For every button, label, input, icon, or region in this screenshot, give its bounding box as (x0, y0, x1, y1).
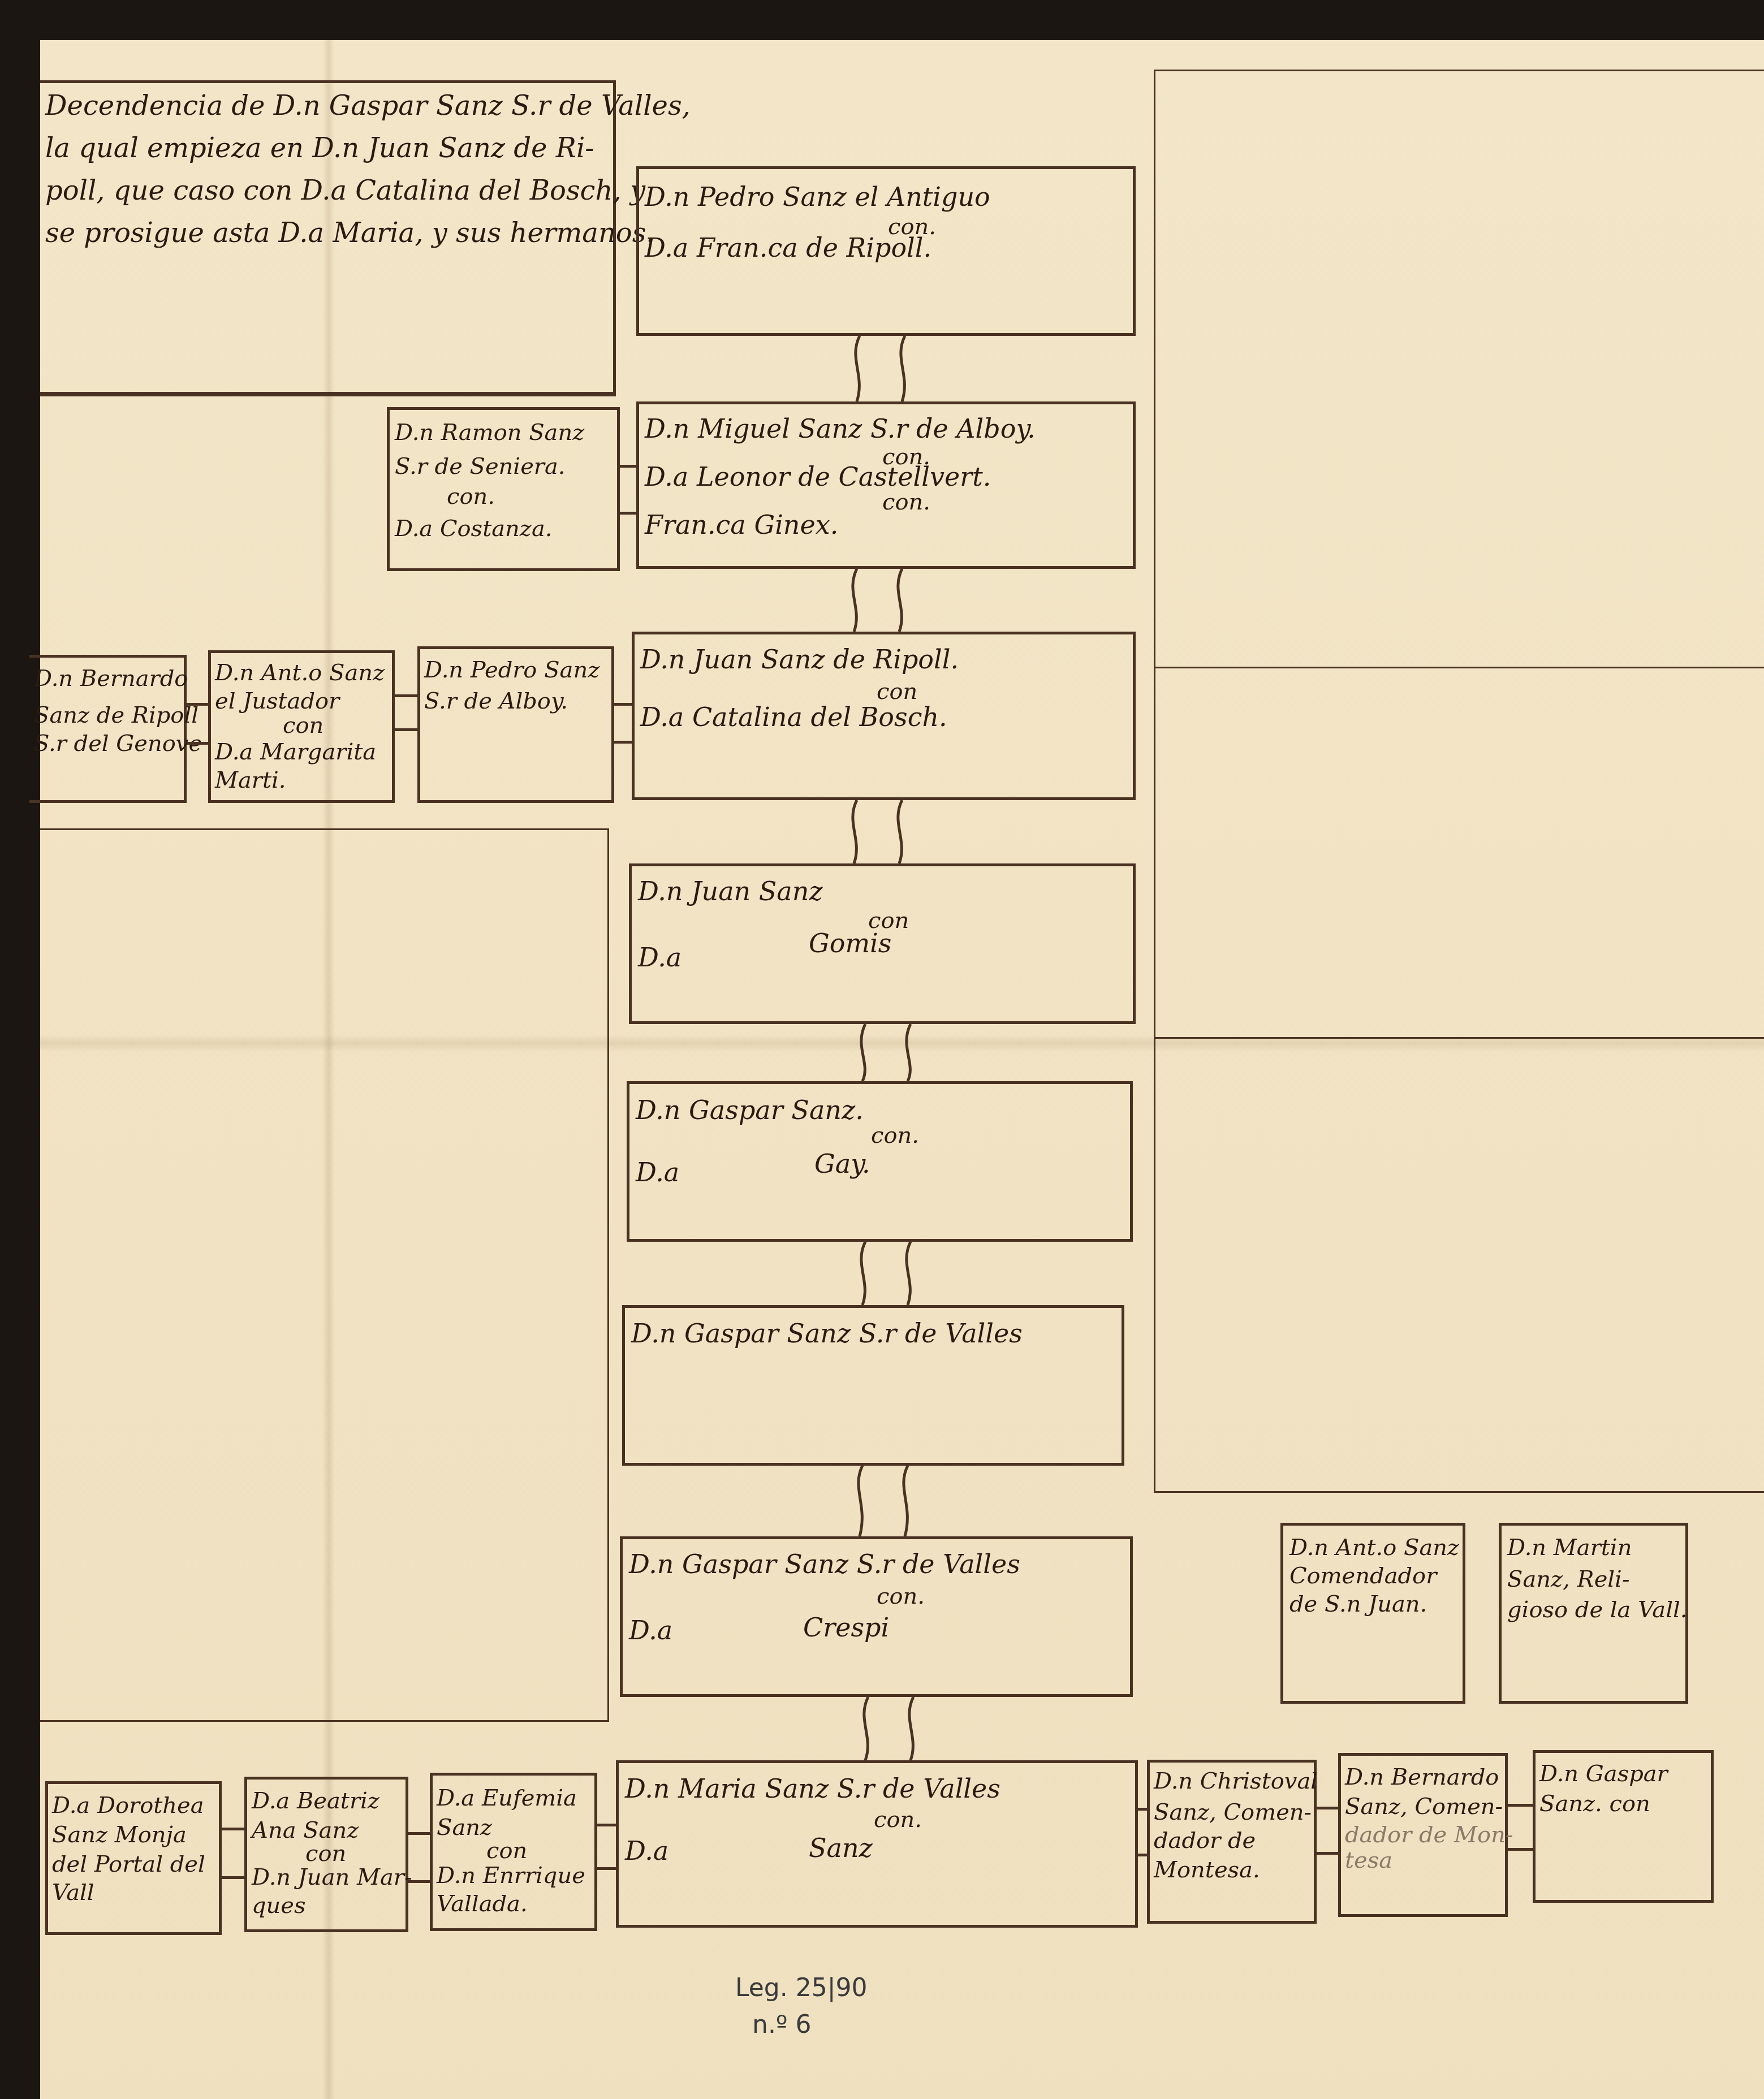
eufemia-line-4: D.n Enrrique (437, 1862, 585, 1890)
spouse-prefix: D.a (625, 1835, 668, 1868)
person-name: D.n Gaspar Sanz. (636, 1094, 864, 1127)
antonio-com-line-3: de S.n Juan. (1289, 1590, 1427, 1618)
bernardo2-line-3: dador de Mon- (1345, 1821, 1513, 1849)
beatriz-line-1: D.a Beatriz (252, 1787, 379, 1815)
person-name: D.n Juan Sanz de Ripoll. (640, 643, 959, 676)
bernardo-line-1: D.n Bernardo (34, 664, 188, 693)
bernardo2-link-2 (1508, 1848, 1533, 1851)
beatriz-line-4: D.n Juan Mar- (252, 1863, 412, 1891)
spouse-name: Gomis (809, 927, 891, 960)
title-line-1: Decendencia de D.n Gaspar Sanz S.r de Va… (45, 85, 691, 127)
person-name: D.n Pedro Sanz el Antiguo (645, 181, 990, 214)
link-connector-icon (854, 1242, 928, 1305)
person-name: D.n Maria Sanz S.r de Valles (625, 1773, 1000, 1806)
maria-link-2 (1138, 1854, 1147, 1856)
ramon-link-2 (620, 512, 636, 515)
person-name: D.n Gaspar Sanz S.r de Valles (631, 1318, 1023, 1350)
bernardo2-line-2: Sanz, Comen- (1345, 1793, 1503, 1821)
martin-line-2: Sanz, Reli- (1507, 1565, 1629, 1593)
right-panel-divider-2 (1154, 1037, 1764, 1039)
eufemia-con: con (486, 1838, 527, 1864)
spouse-prefix: D.a (636, 1156, 679, 1189)
archive-reference: Leg. 25|90 (735, 1973, 868, 2002)
dorothea-line-1: D.a Dorothea (52, 1791, 204, 1820)
antonio-line-2: el Justador (215, 687, 339, 715)
bernardo2-link-1 (1508, 1804, 1533, 1807)
link-connector-icon (846, 800, 919, 863)
pedro-alboy-link-1 (614, 703, 632, 706)
link-connector-icon (846, 569, 919, 632)
bernardo-link-2 (187, 742, 208, 745)
eufemia-link-2 (597, 1867, 616, 1870)
title-line-4: se prosigue asta D.a Maria, y sus herman… (45, 212, 655, 254)
christoval-line-2: Sanz, Comen- (1154, 1798, 1312, 1826)
left-divider-row2 (40, 395, 616, 396)
right-panel-divider-1 (1154, 667, 1764, 668)
spouse-prefix: D.a (629, 1614, 672, 1647)
title-line-3: poll, que caso con D.a Catalina del Bosc… (45, 170, 645, 211)
antonio-com-line-2: Comendador (1289, 1562, 1437, 1590)
eufemia-line-5: Vallada. (437, 1890, 528, 1918)
archive-number: n.º 6 (752, 2010, 812, 2039)
con-label-2: con. (882, 489, 930, 515)
antonio-link-2 (395, 728, 417, 731)
antonio-line-5: Marti. (215, 766, 286, 794)
bernardo2-line-4: tesa (1345, 1846, 1392, 1875)
bernardo2-line-1: D.n Bernardo (1345, 1763, 1499, 1791)
ramon-con: con. (447, 483, 495, 509)
spouse-name: D.a Leonor de Castellvert. (645, 461, 991, 494)
eufemia-line-1: D.a Eufemia (437, 1784, 577, 1812)
spouse-name: Sanz (809, 1832, 873, 1865)
spouse-name-2: Fran.ca Ginex. (645, 509, 838, 542)
dorothea-line-4: Vall (52, 1878, 94, 1907)
antonio-line-1: D.n Ant.o Sanz (215, 659, 385, 687)
bernardo-line-3: S.r del Genove (34, 729, 202, 758)
martin-line-1: D.n Martin (1507, 1534, 1632, 1562)
bernardo-line-2: Sanz de Ripoll (34, 701, 199, 729)
spouse-name: D.a Catalina del Bosch. (640, 701, 947, 734)
bernardo-link-1 (187, 703, 208, 706)
eufemia-line-2: Sanz (437, 1813, 492, 1842)
christoval-link-2 (1317, 1852, 1338, 1855)
right-panel (1154, 70, 1764, 1493)
martin-line-3: gioso de la Vall. (1507, 1596, 1688, 1624)
spouse-name: Gay. (814, 1148, 870, 1181)
beatriz-line-5: ques (252, 1891, 306, 1920)
antonio-line-4: D.a Margarita (215, 738, 376, 766)
link-connector-icon (857, 1697, 930, 1760)
spouse-name: D.a Fran.ca de Ripoll. (645, 232, 931, 265)
con-label: con. (871, 1122, 919, 1148)
pedro-alboy-link-2 (614, 741, 632, 744)
title-line-2: la qual empieza en D.n Juan Sanz de Ri- (45, 127, 594, 169)
dorothea-link-2 (222, 1876, 244, 1879)
person-name: D.n Miguel Sanz S.r de Alboy. (645, 413, 1036, 446)
christoval-line-4: Montesa. (1154, 1856, 1260, 1884)
ramon-line-2: S.r de Seniera. (395, 452, 566, 481)
ramon-link-1 (620, 465, 636, 468)
beatriz-link-1 (408, 1832, 430, 1835)
maria-link-1 (1138, 1808, 1147, 1811)
left-panel (40, 828, 609, 1722)
christoval-line-3: dador de (1154, 1826, 1256, 1855)
ramon-line-4: D.a Costanza. (395, 515, 552, 543)
con-label: con. (877, 1583, 925, 1609)
antonio-con: con (283, 712, 324, 738)
christoval-link-1 (1317, 1807, 1338, 1809)
person-name: D.n Gaspar Sanz S.r de Valles (629, 1548, 1020, 1581)
spouse-prefix: D.a (629, 941, 682, 974)
christoval-line-1: D.n Christoval (1154, 1767, 1318, 1795)
con-label: con. (874, 1807, 922, 1833)
spouse-name: Crespi (803, 1612, 889, 1644)
antonio-link-1 (395, 694, 417, 697)
pedro-alboy-line-1: D.n Pedro Sanz (424, 656, 599, 684)
antonio-com-line-1: D.n Ant.o Sanz (1289, 1534, 1459, 1562)
dorothea-line-2: Sanz Monja (52, 1821, 187, 1849)
ramon-line-1: D.n Ramon Sanz (395, 418, 584, 447)
gaspar2-line-2: Sanz. con (1539, 1790, 1650, 1818)
link-connector-icon (854, 1024, 928, 1081)
gaspar2-line-1: D.n Gaspar (1539, 1760, 1668, 1788)
dorothea-link-1 (222, 1828, 244, 1830)
dorothea-line-3: del Portal del (52, 1850, 205, 1878)
pedro-alboy-line-2: S.r de Alboy. (424, 687, 568, 715)
person-name: D.n Juan Sanz (638, 875, 823, 908)
link-connector-icon (848, 336, 922, 401)
eufemia-link-1 (597, 1824, 616, 1826)
link-connector-icon (851, 1466, 925, 1536)
beatriz-link-2 (408, 1880, 430, 1883)
